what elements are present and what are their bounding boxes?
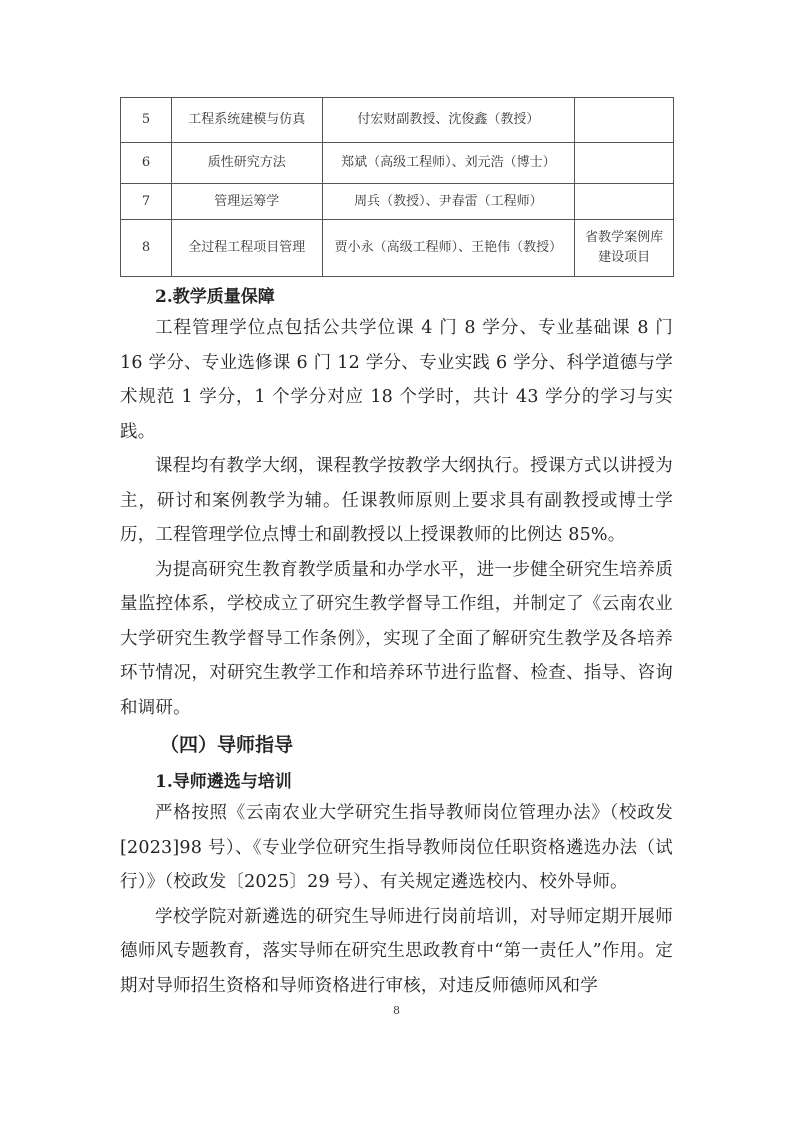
section-heading-teaching-quality: 2.教学质量保障: [155, 282, 275, 307]
course-name: 管理运筹学: [171, 184, 322, 220]
subheading-mentor-selection: 1.导师遴选与培训: [155, 767, 292, 792]
paragraph: 工程管理学位点包括公共学位课 4 门 8 学分、专业基础课 8 门 16 学分、…: [120, 311, 673, 449]
page-number: 8: [0, 1004, 793, 1017]
row-number: 7: [121, 184, 172, 220]
course-teachers: 郑斌（高级工程师）、刘元浩（博士）: [322, 143, 575, 184]
course-name: 质性研究方法: [171, 143, 322, 184]
paragraph: 学校学院对新遴选的研究生导师进行岗前培训，对导师定期开展师德师风专题教育，落实导…: [120, 900, 673, 1004]
table-row: 7 管理运筹学 周兵（教授）、尹春雷（工程师）: [121, 184, 674, 220]
table-row: 5 工程系统建模与仿真 付宏财副教授、沈俊鑫（教授）: [121, 98, 674, 143]
course-name: 全过程工程项目管理: [171, 220, 322, 277]
table-row: 6 质性研究方法 郑斌（高级工程师）、刘元浩（博士）: [121, 143, 674, 184]
document-page: 5 工程系统建模与仿真 付宏财副教授、沈俊鑫（教授） 6 质性研究方法 郑斌（高…: [0, 0, 793, 1122]
row-number: 6: [121, 143, 172, 184]
section-heading-mentor-guidance: （四）导师指导: [160, 730, 293, 757]
course-name: 工程系统建模与仿真: [171, 98, 322, 143]
course-note: 省教学案例库建设项目: [575, 220, 674, 277]
course-table: 5 工程系统建模与仿真 付宏财副教授、沈俊鑫（教授） 6 质性研究方法 郑斌（高…: [120, 97, 674, 277]
teaching-quality-body: 工程管理学位点包括公共学位课 4 门 8 学分、专业基础课 8 门 16 学分、…: [120, 311, 673, 725]
course-note: [575, 98, 674, 143]
course-teachers: 付宏财副教授、沈俊鑫（教授）: [322, 98, 575, 143]
row-number: 5: [121, 98, 172, 143]
course-note: [575, 184, 674, 220]
table-row: 8 全过程工程项目管理 贾小永（高级工程师）、王艳伟（教授） 省教学案例库建设项…: [121, 220, 674, 277]
paragraph: 严格按照《云南农业大学研究生指导教师岗位管理办法》（校政发[2023]98 号）…: [120, 796, 673, 900]
paragraph: 课程均有教学大纲，课程教学按教学大纲执行。授课方式以讲授为主，研讨和案例教学为辅…: [120, 449, 673, 553]
course-teachers: 周兵（教授）、尹春雷（工程师）: [322, 184, 575, 220]
paragraph: 为提高研究生教育教学质量和办学水平，进一步健全研究生培养质量监控体系，学校成立了…: [120, 553, 673, 726]
mentor-body: 严格按照《云南农业大学研究生指导教师岗位管理办法》（校政发[2023]98 号）…: [120, 796, 673, 1003]
course-teachers: 贾小永（高级工程师）、王艳伟（教授）: [322, 220, 575, 277]
course-note: [575, 143, 674, 184]
row-number: 8: [121, 220, 172, 277]
